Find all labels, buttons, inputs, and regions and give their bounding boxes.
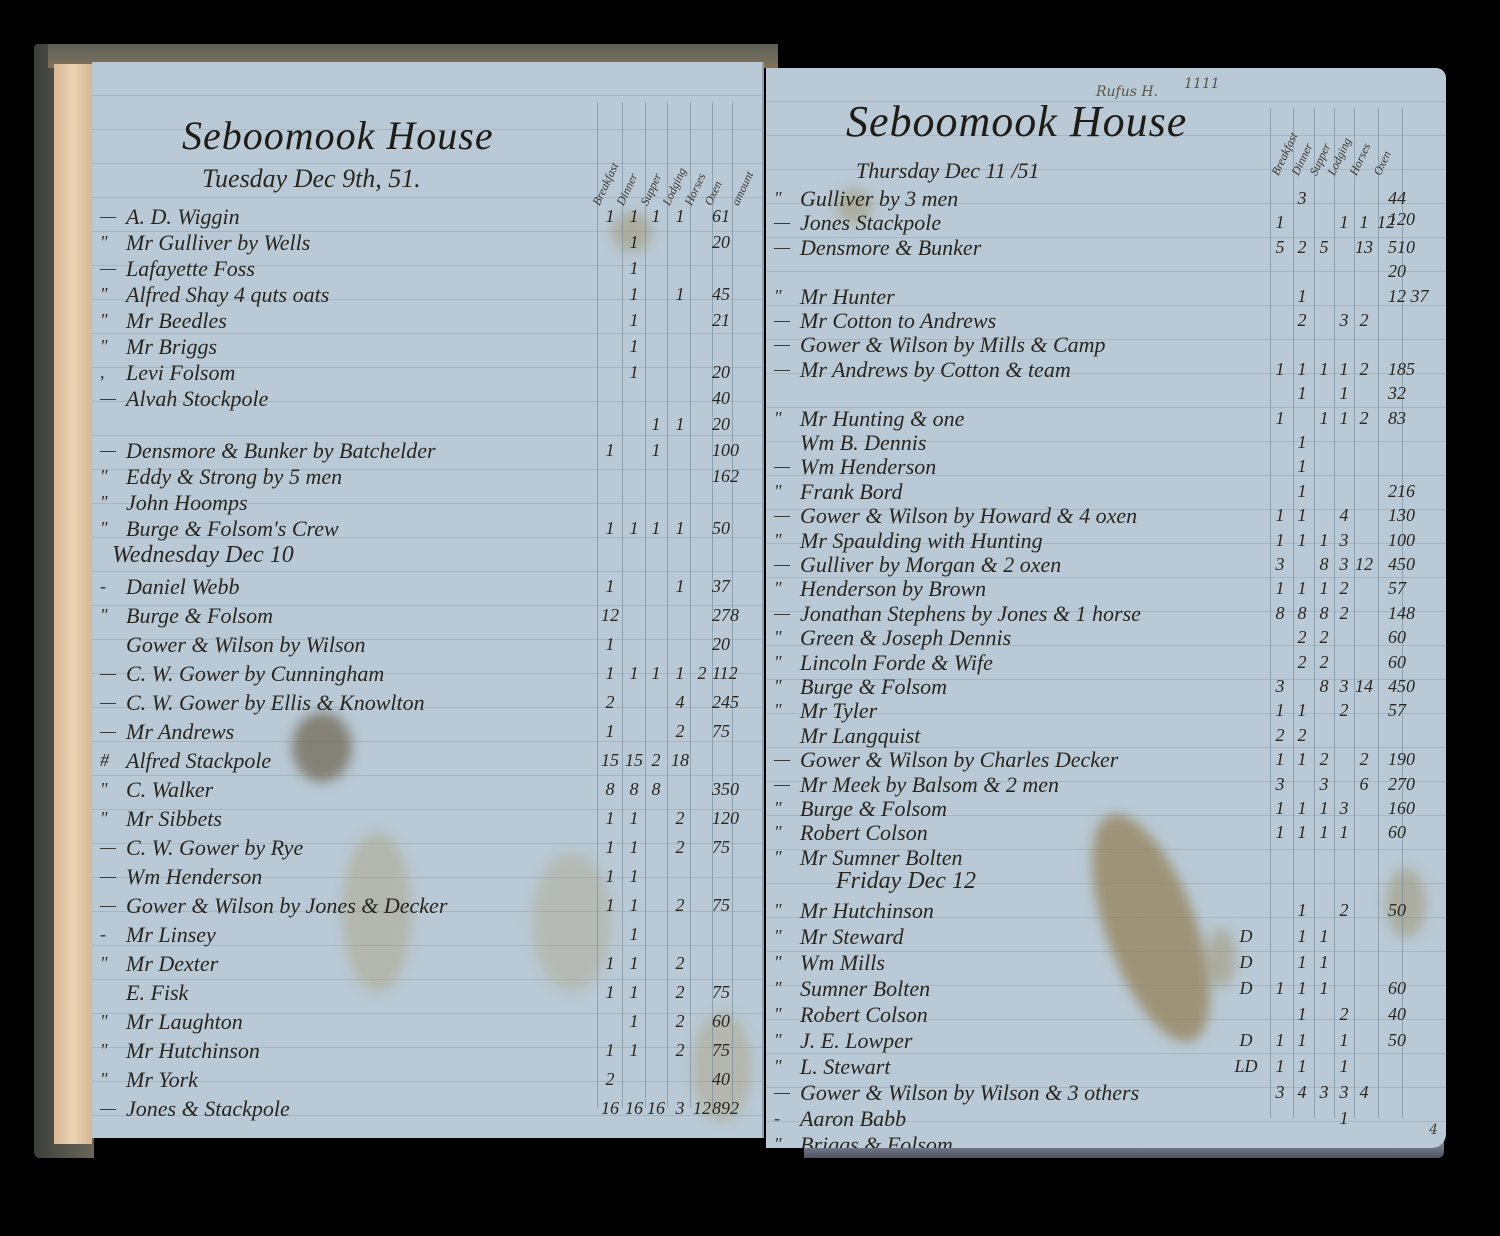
meal-count: 1: [1330, 383, 1358, 404]
meal-count: 1: [1330, 1108, 1358, 1129]
meal-count: 2: [596, 692, 624, 713]
meal-count: 1: [666, 414, 694, 435]
entry-mark: —: [100, 663, 116, 684]
amount: 160: [1388, 798, 1436, 819]
entry-mark: ": [774, 286, 782, 307]
meal-count: 1: [1288, 1030, 1316, 1051]
amount: 350: [712, 779, 760, 800]
entry-mark: —: [774, 1082, 790, 1103]
meal-count: 14: [1350, 676, 1378, 697]
ledger-entry: "Mr Laughton1260: [92, 1009, 762, 1039]
meal-count: 2: [1330, 603, 1358, 624]
amount: 50: [1388, 900, 1436, 921]
day-header-friday: Friday Dec 12: [766, 868, 1446, 898]
ledger-entry: -Mr Linsey1: [92, 922, 762, 952]
guest-name: Eddy & Strong by 5 men: [126, 464, 342, 490]
meal-count: 1: [1288, 432, 1316, 453]
ledger-entry: #Alfred Stackpole1515218: [92, 748, 762, 778]
meal-count: 1: [620, 866, 648, 887]
entry-mark: —: [774, 212, 790, 233]
meal-count: 1: [1266, 408, 1294, 429]
guest-name: Mr Hunter: [800, 284, 895, 310]
guest-name: Mr Andrews by Cotton & team: [800, 357, 1071, 383]
meal-count: 1: [1330, 1056, 1358, 1077]
entry-mark: ": [774, 530, 782, 551]
meal-count: 2: [1288, 310, 1316, 331]
entry-mark: ": [774, 1004, 782, 1025]
entry-prefix: D: [1232, 1030, 1260, 1051]
amount: 20: [712, 232, 760, 253]
entry-mark: ,: [100, 362, 105, 383]
guest-name: L. Stewart: [800, 1054, 890, 1080]
meal-count: 2: [666, 982, 694, 1003]
entry-mark: ": [774, 578, 782, 599]
amount: 190: [1388, 749, 1436, 770]
meal-count: 4: [666, 692, 694, 713]
amount: 60: [1388, 822, 1436, 843]
entry-mark: ": [100, 1011, 108, 1032]
entry-mark: ": [100, 605, 108, 626]
meal-count: 1: [1310, 926, 1338, 947]
amount: 216: [1388, 481, 1436, 502]
amount: 185: [1388, 359, 1436, 380]
right-page: Rufus H. 1111 Seboomook House Thursday D…: [766, 68, 1446, 1148]
amount: 100: [1388, 530, 1436, 551]
entry-mark: —: [774, 359, 790, 380]
meal-count: 2: [1330, 900, 1358, 921]
guest-name: Mr Andrews: [126, 719, 234, 745]
guest-name: Daniel Webb: [126, 574, 239, 600]
meal-count: 1: [620, 924, 648, 945]
guest-name: Burge & Folsom's Crew: [126, 516, 339, 542]
entry-mark: ": [100, 284, 108, 305]
amount: 162: [712, 466, 760, 487]
ledger-entry: —Jones & Stackpole161616312892: [92, 1096, 762, 1126]
entry-mark: —: [774, 603, 790, 624]
entry-prefix: D: [1232, 978, 1260, 999]
amount: 245: [712, 692, 760, 713]
ledger-entry: "Mr York240: [92, 1067, 762, 1097]
meal-count: 1: [620, 284, 648, 305]
amount: 100: [712, 440, 760, 461]
meal-count: 1: [1310, 952, 1338, 973]
guest-name: Mr Laughton: [126, 1009, 243, 1035]
amount: 32: [1388, 383, 1436, 404]
entry-mark: —: [100, 388, 116, 409]
pencil-tally: 1111: [1184, 76, 1220, 92]
amount: 450: [1388, 676, 1436, 697]
page-title: Seboomook House: [846, 96, 1187, 147]
entry-mark: ": [774, 652, 782, 673]
meal-count: 2: [1350, 408, 1378, 429]
meal-count: 1: [620, 837, 648, 858]
entry-mark: —: [100, 837, 116, 858]
ledger-entry: -Daniel Webb1137: [92, 574, 762, 604]
amount: 21: [712, 310, 760, 331]
meal-count: 4: [1350, 1082, 1378, 1103]
ledger-entry: —C. W. Gower by Ellis & Knowlton24245: [92, 690, 762, 720]
meal-count: 2: [596, 1069, 624, 1090]
meal-count: 2: [1310, 749, 1338, 770]
ledger-entry: "C. Walker888350: [92, 777, 762, 807]
guest-name: Gulliver by 3 men: [800, 186, 958, 212]
guest-name: Alfred Stackpole: [126, 748, 271, 774]
meal-count: 2: [1350, 359, 1378, 380]
meal-count: 3: [1330, 530, 1358, 551]
meal-count: 1: [620, 895, 648, 916]
entry-mark: —: [100, 206, 116, 227]
guest-name: C. W. Gower by Cunningham: [126, 661, 384, 687]
meal-count: 2: [1310, 627, 1338, 648]
entry-mark: ": [100, 1069, 108, 1090]
entry-mark: ": [774, 1134, 782, 1148]
meal-count: 2: [1330, 1004, 1358, 1025]
meal-count: 1: [596, 440, 624, 461]
meal-count: 3: [1266, 676, 1294, 697]
meal-count: 1: [620, 362, 648, 383]
meal-count: 2: [666, 1011, 694, 1032]
entry-mark: —: [100, 258, 116, 279]
meal-count: 1: [1266, 212, 1294, 233]
guest-name: Mr Hutchinson: [800, 898, 934, 924]
guest-name: Jones & Stackpole: [126, 1096, 290, 1122]
meal-count: 1: [596, 634, 624, 655]
guest-name: Mr Sumner Bolten: [800, 845, 963, 871]
guest-name: Aaron Babb: [800, 1106, 906, 1132]
amount: 148: [1388, 603, 1436, 624]
amount: 75: [712, 982, 760, 1003]
entry-mark: ": [100, 518, 108, 539]
guest-name: Henderson by Brown: [800, 576, 986, 602]
ledger-entry: "Mr Dexter112: [92, 951, 762, 981]
entry-mark: ": [774, 1056, 782, 1077]
entry-mark: —: [774, 237, 790, 258]
guest-name: Gower & Wilson by Charles Decker: [800, 747, 1118, 773]
entry-mark: ": [774, 676, 782, 697]
entry-mark: ": [100, 336, 108, 357]
meal-count: 6: [1350, 774, 1378, 795]
amount: 112: [712, 663, 760, 684]
meal-count: 2: [1350, 310, 1378, 331]
entry-mark: ": [774, 926, 782, 947]
guest-name: Green & Joseph Dennis: [800, 625, 1011, 651]
meal-count: 3: [1330, 798, 1358, 819]
amount: 75: [712, 895, 760, 916]
date-header: Thursday Dec 11 /51: [856, 158, 1040, 184]
guest-name: Wm Mills: [800, 950, 885, 976]
meal-count: 12: [1350, 554, 1378, 575]
guest-name: Alfred Shay 4 quts oats: [126, 282, 329, 308]
entry-mark: —: [774, 310, 790, 331]
entry-mark: ": [774, 408, 782, 429]
amount: 60: [712, 1011, 760, 1032]
meal-count: 1: [1288, 700, 1316, 721]
meal-count: 3: [1310, 774, 1338, 795]
guest-name: Mr Spaulding with Hunting: [800, 528, 1043, 554]
entry-mark: ": [774, 900, 782, 921]
meal-count: 1: [1288, 1004, 1316, 1025]
meal-count: 1: [620, 310, 648, 331]
entry-mark: —: [774, 749, 790, 770]
entry-mark: —: [100, 1098, 116, 1119]
guest-name: Frank Bord: [800, 479, 902, 505]
guest-name: J. E. Lowper: [800, 1028, 912, 1054]
entry-mark: —: [774, 505, 790, 526]
amount: 20: [1388, 261, 1436, 282]
guest-name: Wm Henderson: [126, 864, 262, 890]
guest-name: Mr Steward: [800, 924, 904, 950]
amount: 60: [1388, 978, 1436, 999]
entry-mark: -: [774, 1108, 780, 1129]
amount: 60: [1388, 627, 1436, 648]
guest-name: Mr Briggs: [126, 334, 217, 360]
meal-count: 1: [666, 284, 694, 305]
ledger-entry: "Mr Hutchinson11275: [92, 1038, 762, 1068]
ledger-entry: —Wm Henderson11: [92, 864, 762, 894]
guest-name: Mr York: [126, 1067, 198, 1093]
meal-count: 1: [1310, 978, 1338, 999]
meal-count: 1: [666, 206, 694, 227]
meal-count: 1: [1288, 1056, 1316, 1077]
meal-count: 1: [1288, 286, 1316, 307]
entry-mark: —: [774, 554, 790, 575]
entry-mark: ": [774, 1030, 782, 1051]
meal-count: 2: [666, 808, 694, 829]
ledger-book: Seboomook House Tuesday Dec 9th, 51. Bre…: [34, 44, 1452, 1158]
amount: 57: [1388, 578, 1436, 599]
entry-mark: —: [774, 456, 790, 477]
ledger-entry: —C. W. Gower by Rye11275: [92, 835, 762, 865]
meal-count: 8: [642, 779, 670, 800]
meal-count: 2: [1350, 749, 1378, 770]
entry-mark: —: [100, 721, 116, 742]
meal-count: 2: [666, 721, 694, 742]
meal-count: 12: [596, 605, 624, 626]
amount: 130: [1388, 505, 1436, 526]
meal-count: 1: [642, 440, 670, 461]
amount: 450: [1388, 554, 1436, 575]
amount: 45: [712, 284, 760, 305]
meal-count: 5: [1310, 237, 1338, 258]
meal-count: 2: [666, 895, 694, 916]
meal-count: 2: [1330, 578, 1358, 599]
ledger-entry: —Mr Andrews1275: [92, 719, 762, 749]
meal-count: 1: [620, 1040, 648, 1061]
guest-name: Mr Tyler: [800, 698, 877, 724]
entry-mark: ": [774, 627, 782, 648]
page-corner-number: 4: [1429, 1122, 1438, 1138]
guest-name: C. W. Gower by Ellis & Knowlton: [126, 690, 425, 716]
ledger-entry: —Gower & Wilson by Jones & Decker11275: [92, 893, 762, 923]
entry-mark: ": [774, 481, 782, 502]
amount: 270: [1388, 774, 1436, 795]
meal-count: 18: [666, 750, 694, 771]
guest-name: Alvah Stockpole: [126, 386, 268, 412]
entry-mark: —: [100, 866, 116, 887]
amount: 50: [712, 518, 760, 539]
meal-count: 3: [1288, 188, 1316, 209]
amount: 40: [712, 388, 760, 409]
meal-count: 12: [1372, 212, 1400, 233]
guest-name: Wm Henderson: [800, 454, 936, 480]
meal-count: 1: [1330, 1030, 1358, 1051]
amount: 50: [1388, 1030, 1436, 1051]
meal-count: 1: [1288, 456, 1316, 477]
amount: 120: [712, 808, 760, 829]
guest-name: Mr Cotton to Andrews: [800, 308, 996, 334]
guest-name: Robert Colson: [800, 820, 928, 846]
entry-prefix: D: [1232, 952, 1260, 973]
amount: 40: [712, 1069, 760, 1090]
ledger-entry: E. Fisk11275: [92, 980, 762, 1010]
guest-name: Burge & Folsom: [800, 796, 947, 822]
entry-mark: ": [100, 779, 108, 800]
entry-mark: ": [100, 466, 108, 487]
entry-mark: —: [774, 334, 790, 355]
entry-mark: —: [774, 774, 790, 795]
guest-name: Jonathan Stephens by Jones & 1 horse: [800, 601, 1141, 627]
guest-name: A. D. Wiggin: [126, 204, 240, 230]
guest-name: Gower & Wilson by Jones & Decker: [126, 893, 447, 919]
amount: 83: [1388, 408, 1436, 429]
guest-name: Lafayette Foss: [126, 256, 255, 282]
meal-count: 1: [1288, 383, 1316, 404]
guest-name: Lincoln Forde & Wife: [800, 650, 993, 676]
meal-count: 2: [1288, 725, 1316, 746]
amount: 20: [712, 634, 760, 655]
guest-name: C. Walker: [126, 777, 213, 803]
guest-name: Robert Colson: [800, 1002, 928, 1028]
meal-count: 2: [666, 953, 694, 974]
amount: 75: [712, 1040, 760, 1061]
guest-name: Mr Beedles: [126, 308, 227, 334]
meal-count: 13: [1350, 237, 1378, 258]
guest-name: Gulliver by Morgan & 2 oxen: [800, 552, 1061, 578]
entry-mark: —: [100, 692, 116, 713]
meal-count: 1: [666, 518, 694, 539]
guest-name: Mr Hunting & one: [800, 406, 964, 432]
meal-count: 1: [620, 336, 648, 357]
amount: 20: [712, 414, 760, 435]
guest-name: Densmore & Bunker: [800, 235, 981, 261]
meal-count: 1: [620, 258, 648, 279]
guest-name: Mr Hutchinson: [126, 1038, 260, 1064]
entry-mark: ": [774, 798, 782, 819]
entry-mark: —: [100, 895, 116, 916]
meal-count: 2: [1310, 652, 1338, 673]
ledger-entry: "Mr Sibbets112120: [92, 806, 762, 836]
meal-count: 1: [620, 232, 648, 253]
entry-mark: ": [100, 310, 108, 331]
meal-count: 2: [666, 1040, 694, 1061]
entry-mark: ": [100, 232, 108, 253]
guest-name: Mr Meek by Balsom & 2 men: [800, 772, 1059, 798]
entry-mark: -: [100, 924, 106, 945]
entry-mark: ": [774, 978, 782, 999]
date-header: Tuesday Dec 9th, 51.: [202, 164, 421, 194]
entry-mark: #: [100, 750, 109, 771]
meal-count: 2: [1330, 700, 1358, 721]
amount: 510: [1388, 237, 1436, 258]
meal-count: 3: [1266, 554, 1294, 575]
meal-count: 1: [666, 576, 694, 597]
amount: 20: [712, 362, 760, 383]
meal-count: 1: [620, 982, 648, 1003]
entry-mark: ": [774, 822, 782, 843]
amount: 57: [1388, 700, 1436, 721]
guest-name: Gower & Wilson by Wilson & 3 others: [800, 1080, 1139, 1106]
meal-count: 1: [1288, 481, 1316, 502]
guest-name: Mr Linsey: [126, 922, 216, 948]
column-header: Oxen: [1370, 149, 1394, 178]
guest-name: Mr Gulliver by Wells: [126, 230, 310, 256]
guest-name: Burge & Folsom: [800, 674, 947, 700]
meal-count: 1: [1330, 822, 1358, 843]
meal-count: 1: [620, 953, 648, 974]
amount: 278: [712, 605, 760, 626]
entry-mark: ": [100, 492, 108, 513]
guest-name: Levi Folsom: [126, 360, 235, 386]
guest-name: Burge & Folsom: [126, 603, 273, 629]
entry-mark: ": [774, 188, 782, 209]
guest-name: Wm B. Dennis: [800, 430, 926, 456]
guest-name: Mr Langquist: [800, 723, 920, 749]
amount: 37: [712, 576, 760, 597]
meal-count: 1: [1288, 505, 1316, 526]
entry-mark: -: [100, 576, 106, 597]
page-title: Seboomook House: [182, 112, 494, 159]
entry-mark: ": [100, 808, 108, 829]
guest-name: C. W. Gower by Rye: [126, 835, 303, 861]
amount: 892: [712, 1098, 760, 1119]
guest-name: Mr Sibbets: [126, 806, 222, 832]
ledger-entry: "Briggs & Folsom: [766, 1132, 1446, 1148]
guest-name: Densmore & Bunker by Batchelder: [126, 438, 436, 464]
guest-name: E. Fisk: [126, 980, 188, 1006]
torn-flyleaf: [54, 64, 92, 1144]
entry-mark: ": [774, 952, 782, 973]
amount: 40: [1388, 1004, 1436, 1025]
entry-prefix: D: [1232, 926, 1260, 947]
guest-name: John Hoomps: [126, 490, 248, 516]
ledger-entry: —C. W. Gower by Cunningham11112112: [92, 661, 762, 691]
meal-count: 2: [666, 837, 694, 858]
guest-name: Mr Dexter: [126, 951, 218, 977]
ledger-entry: Gower & Wilson by Wilson120: [92, 632, 762, 662]
guest-name: Gower & Wilson by Wilson: [126, 632, 366, 658]
entry-prefix: LD: [1232, 1056, 1260, 1077]
guest-name: Jones Stackpole: [800, 210, 941, 236]
meal-count: 1: [596, 721, 624, 742]
entry-mark: ": [100, 953, 108, 974]
meal-count: 1: [620, 1011, 648, 1032]
amount: 75: [712, 721, 760, 742]
amount: 12 37: [1388, 286, 1436, 307]
entry-mark: ": [774, 700, 782, 721]
entry-mark: ": [774, 847, 782, 868]
meal-count: 1: [620, 808, 648, 829]
day-header-wednesday: Wednesday Dec 10: [92, 542, 762, 572]
meal-count: 3: [1266, 774, 1294, 795]
amount: 61: [712, 206, 760, 227]
meal-count: 4: [1330, 505, 1358, 526]
meal-count: 1: [596, 576, 624, 597]
ledger-entry: "Burge & Folsom12278: [92, 603, 762, 633]
amount: 60: [1388, 652, 1436, 673]
left-page: Seboomook House Tuesday Dec 9th, 51. Bre…: [92, 62, 764, 1138]
guest-name: Briggs & Folsom: [800, 1132, 953, 1148]
meal-count: 1: [1288, 900, 1316, 921]
